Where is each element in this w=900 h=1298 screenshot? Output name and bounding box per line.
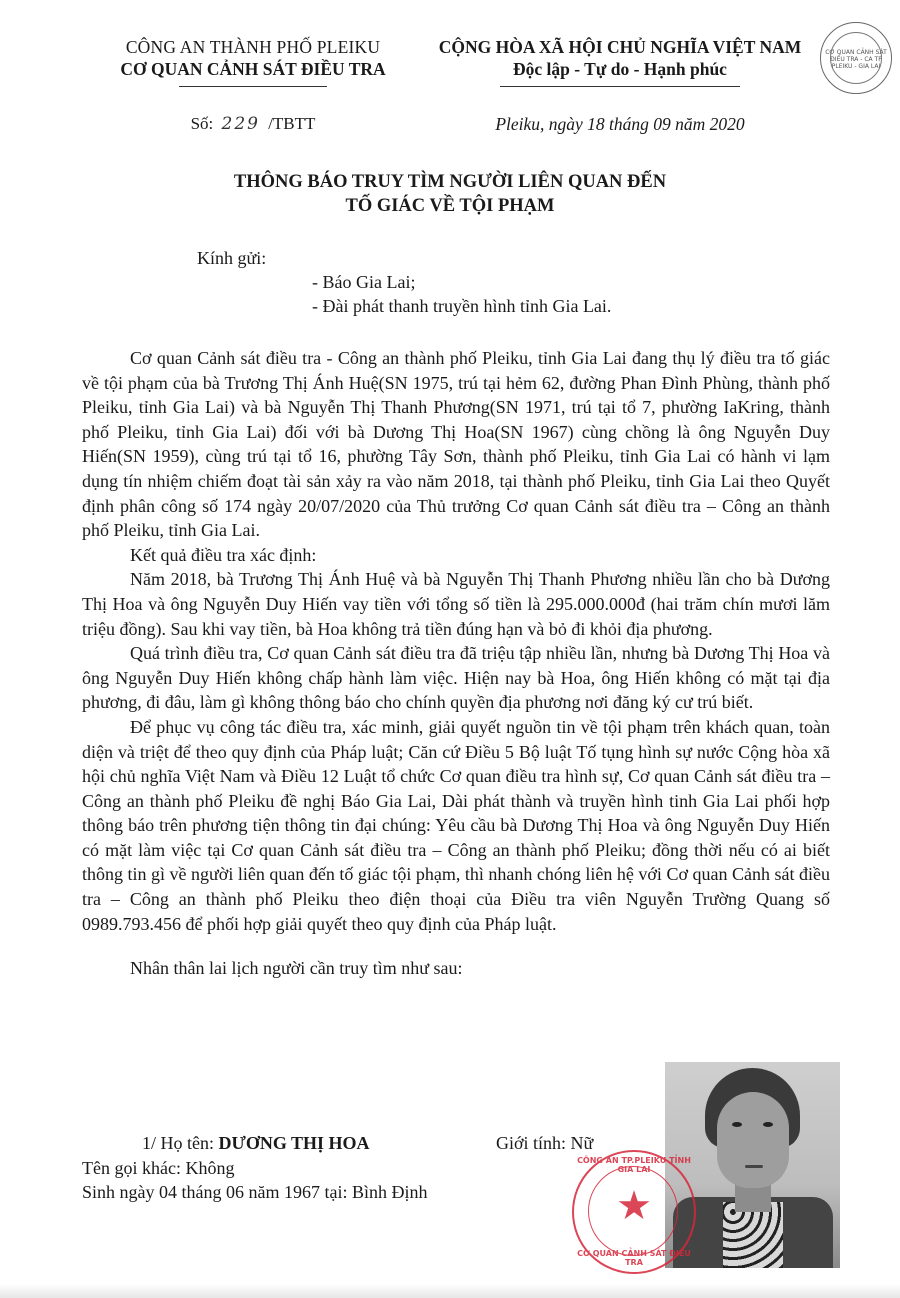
doc-number-suffix: /TBTT <box>268 114 315 133</box>
wanted-person-profile: 1/ Họ tên: DƯƠNG THỊ HOA Giới tính: Nữ T… <box>82 1131 642 1205</box>
seal-stamp-icon: CƠ QUAN CẢNH SÁT ĐIỀU TRA - CA TP PLEIKU… <box>820 22 892 94</box>
document-page: CÔNG AN THÀNH PHỐ PLEIKU CƠ QUAN CẢNH SÁ… <box>0 0 900 1298</box>
seal-stamp-text: CƠ QUAN CẢNH SÁT ĐIỀU TRA - CA TP PLEIKU… <box>821 49 891 70</box>
person-name-row: 1/ Họ tên: DƯƠNG THỊ HOA Giới tính: Nữ <box>82 1131 642 1156</box>
paragraph-profile-heading: Nhân thân lai lịch người cần truy tìm nh… <box>82 956 830 981</box>
person-birth: Sinh ngày 04 tháng 06 năm 1967 tại: Bình… <box>82 1180 642 1205</box>
person-index-label: 1/ Họ tên: <box>142 1133 214 1153</box>
photo-eye <box>732 1122 742 1127</box>
recipient-item: - Đài phát thanh truyền hình tỉnh Gia La… <box>312 294 611 318</box>
paragraph-request: Để phục vụ công tác điều tra, xác minh, … <box>82 715 830 936</box>
motto: Độc lập - Tự do - Hạnh phúc <box>420 58 820 80</box>
photo-mouth <box>745 1165 763 1168</box>
document-number: Số: 229 /TBTT <box>88 114 418 134</box>
red-seal-stamp-icon: CÔNG AN TP.PLEIKU TỈNH GIA LAI ★ CƠ QUAN… <box>572 1150 696 1274</box>
paragraph-result-heading: Kết quả điều tra xác định: <box>82 543 830 568</box>
scan-edge <box>0 1284 900 1298</box>
country-name: CỘNG HÒA XÃ HỘI CHỦ NGHĨA VIỆT NAM <box>420 36 820 58</box>
agency-parent: CÔNG AN THÀNH PHỐ PLEIKU <box>88 36 418 58</box>
document-body: Cơ quan Cảnh sát điều tra - Công an thàn… <box>82 346 830 981</box>
paragraph-case-intro: Cơ quan Cảnh sát điều tra - Công an thàn… <box>82 346 830 543</box>
document-title: THÔNG BÁO TRUY TÌM NGƯỜI LIÊN QUAN ĐẾN T… <box>0 170 900 218</box>
recipient-list: - Báo Gia Lai; - Đài phát thanh truyền h… <box>312 270 611 318</box>
issuing-agency: CÔNG AN THÀNH PHỐ PLEIKU CƠ QUAN CẢNH SÁ… <box>88 36 418 87</box>
date-line: Pleiku, ngày 18 tháng 09 năm 2020 <box>420 114 820 135</box>
red-seal-bottom-text: CƠ QUAN CẢNH SÁT ĐIỀU TRA <box>574 1249 694 1267</box>
agency-name: CƠ QUAN CẢNH SÁT ĐIỀU TRA <box>88 58 418 80</box>
person-name: DƯƠNG THỊ HOA <box>219 1133 370 1153</box>
person-alias: Tên gọi khác: Không <box>82 1156 642 1181</box>
recipient-item: - Báo Gia Lai; <box>312 270 611 294</box>
agency-underline <box>179 86 327 87</box>
paragraph-findings: Năm 2018, bà Trương Thị Ánh Huệ và bà Ng… <box>82 567 830 641</box>
title-line-2: TỐ GIÁC VỀ TỘI PHẠM <box>0 194 900 218</box>
document-header: CÔNG AN THÀNH PHỐ PLEIKU CƠ QUAN CẢNH SÁ… <box>0 36 900 146</box>
photo-face <box>717 1092 789 1188</box>
doc-number-label: Số: <box>191 114 214 133</box>
title-line-1: THÔNG BÁO TRUY TÌM NGƯỜI LIÊN QUAN ĐẾN <box>0 170 900 194</box>
motto-underline <box>500 86 740 87</box>
national-motto: CỘNG HÒA XÃ HỘI CHỦ NGHĨA VIỆT NAM Độc l… <box>420 36 820 87</box>
salutation: Kính gửi: <box>197 248 266 269</box>
paragraph-investigation: Quá trình điều tra, Cơ quan Cảnh sát điề… <box>82 641 830 715</box>
person-gender: Giới tính: Nữ <box>496 1131 593 1156</box>
photo-eye <box>763 1122 773 1127</box>
red-seal-top-text: CÔNG AN TP.PLEIKU TỈNH GIA LAI <box>574 1156 694 1174</box>
doc-number-handwritten: 229 <box>222 114 260 134</box>
star-icon: ★ <box>574 1186 694 1226</box>
